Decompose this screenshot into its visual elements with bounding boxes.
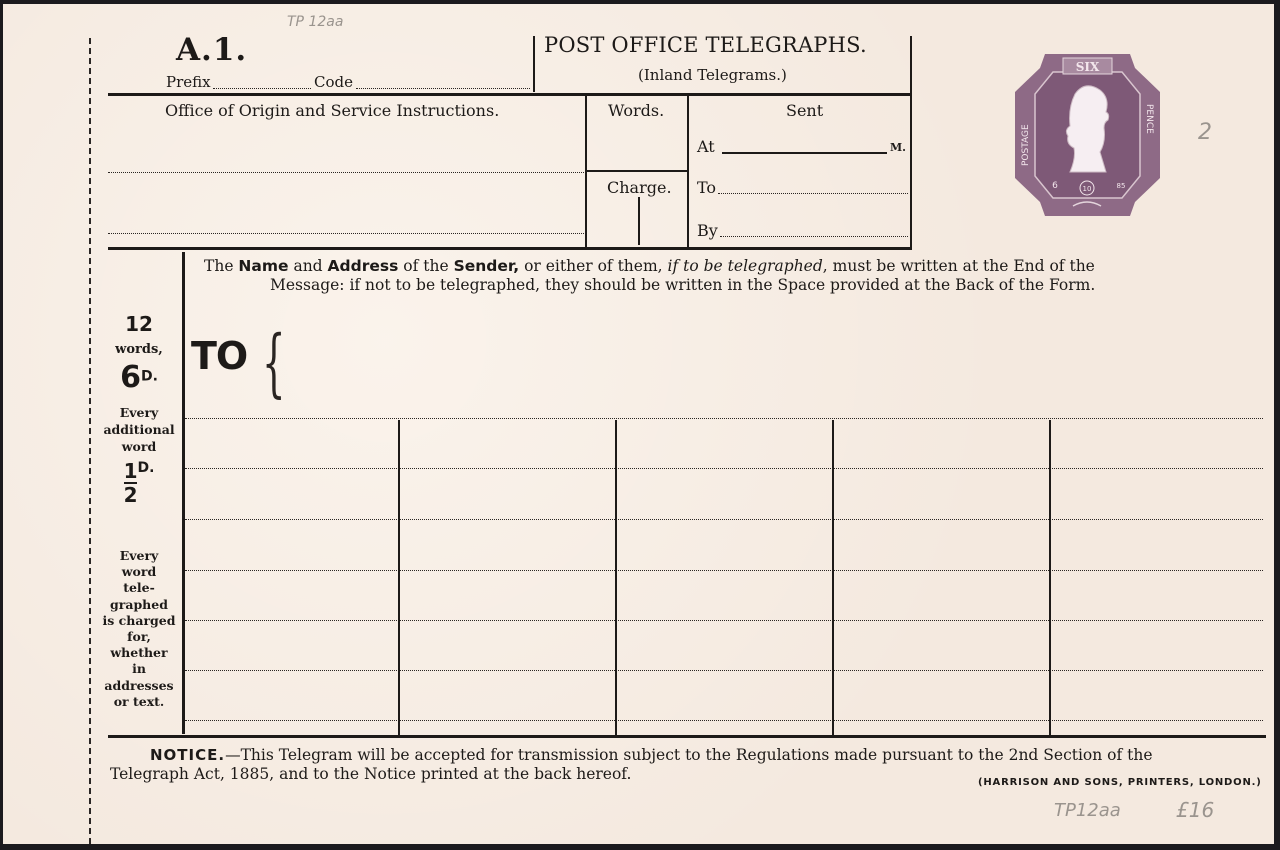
prefix-field[interactable] xyxy=(213,88,311,89)
rate-price-value: 6 xyxy=(120,360,141,395)
words-label: Words. xyxy=(608,101,664,120)
divider xyxy=(687,94,689,248)
recipient-address-field[interactable] xyxy=(286,325,1246,405)
text: or text. xyxy=(98,694,180,710)
divider xyxy=(638,197,640,245)
fraction-numerator: 1 xyxy=(124,460,138,484)
form-code-number: A.1. xyxy=(176,32,247,68)
svg-text:85: 85 xyxy=(1117,182,1126,190)
rate-note: Every word tele- graphed is charged for,… xyxy=(98,548,180,710)
sent-to-field[interactable] xyxy=(718,193,908,194)
text: is charged xyxy=(98,613,180,629)
text: Every xyxy=(98,404,180,421)
rule xyxy=(108,247,912,250)
rule xyxy=(108,93,912,96)
rate-price: 6D. xyxy=(98,360,180,395)
rate-price-unit: D. xyxy=(141,369,158,385)
rate-additional-label: Every additional word xyxy=(98,404,180,455)
svg-text:10: 10 xyxy=(1083,185,1092,193)
sent-by-label: By xyxy=(697,221,718,240)
rate-half-penny: 1 2 D. xyxy=(98,460,180,506)
text: in xyxy=(98,661,180,677)
code-field[interactable] xyxy=(356,88,530,89)
rate-word-count: 12 xyxy=(98,312,180,336)
pencil-annotation-right: 2 xyxy=(1198,120,1212,145)
svg-text:6: 6 xyxy=(1052,181,1058,191)
prefix-label: Prefix xyxy=(166,73,211,91)
text: tele- xyxy=(98,580,180,596)
pencil-catalog-code: TP12aa xyxy=(1054,800,1121,821)
text-name: Name xyxy=(238,257,288,275)
form-title: POST OFFICE TELEGRAPHS. xyxy=(544,33,867,57)
divider xyxy=(182,252,185,734)
divider xyxy=(910,36,912,249)
divider xyxy=(533,36,535,92)
queen-victoria-stamp-icon: SIX POSTAGE PENCE 10 6 85 xyxy=(1015,54,1160,216)
form-subtitle: (Inland Telegrams.) xyxy=(638,66,787,84)
sender-instructions-line-2: Message: if not to be telegraphed, they … xyxy=(270,276,1095,294)
rate-words-label: words, xyxy=(98,342,180,357)
text: graphed xyxy=(98,597,180,613)
text-italic: if to be telegraphed xyxy=(668,257,823,275)
notice-line-1: NOTICE.—This Telegram will be accepted f… xyxy=(150,746,1153,764)
sender-instructions-line-1: The Name and Address of the Sender, or e… xyxy=(204,257,1095,275)
pencil-annotation-top: TP 12aa xyxy=(287,14,343,30)
text: whether xyxy=(98,645,180,661)
text: and xyxy=(289,257,328,275)
text: The xyxy=(204,257,238,275)
embossed-six-pence-stamp: SIX POSTAGE PENCE 10 6 85 xyxy=(1015,54,1160,216)
rule xyxy=(108,735,1266,738)
message-body-grid[interactable] xyxy=(186,420,1262,732)
notice-text: —This Telegram will be accepted for tran… xyxy=(225,746,1152,764)
brace-icon: { xyxy=(262,318,286,408)
printer-imprint: (HARRISON AND SONS, PRINTERS, LONDON.) xyxy=(978,777,1262,788)
charge-label: Charge. xyxy=(607,178,672,197)
text: , must be written at the End of the xyxy=(823,257,1095,275)
office-origin-label: Office of Origin and Service Instruction… xyxy=(165,101,499,120)
sent-to-label: To xyxy=(697,178,716,197)
to-label: TO xyxy=(191,334,247,378)
code-label: Code xyxy=(314,73,353,91)
sent-by-field[interactable] xyxy=(720,236,908,237)
sent-at-field[interactable] xyxy=(722,152,887,154)
text: of the xyxy=(398,257,453,275)
svg-text:PENCE: PENCE xyxy=(1144,104,1154,134)
svg-text:POSTAGE: POSTAGE xyxy=(1021,124,1031,166)
grid-line xyxy=(185,418,1263,419)
text: Every xyxy=(98,548,180,564)
text: additional xyxy=(98,421,180,438)
sent-at-suffix: M. xyxy=(890,141,906,154)
fraction-denominator: 2 xyxy=(124,484,138,506)
text: addresses xyxy=(98,678,180,694)
svg-text:SIX: SIX xyxy=(1076,60,1100,74)
text: for, xyxy=(98,629,180,645)
text: word xyxy=(98,438,180,455)
text-address: Address xyxy=(328,257,399,275)
text: or either of them, xyxy=(519,257,667,275)
office-origin-line-1[interactable] xyxy=(108,172,586,173)
notice-line-2: Telegraph Act, 1885, and to the Notice p… xyxy=(110,765,631,783)
pencil-price: £16 xyxy=(1176,798,1214,822)
text: word xyxy=(98,564,180,580)
sent-heading: Sent xyxy=(786,101,823,120)
text-sender: Sender, xyxy=(454,257,520,275)
perforation-line xyxy=(89,38,91,844)
office-origin-line-2[interactable] xyxy=(108,233,584,234)
rate-half-unit: D. xyxy=(137,460,154,476)
notice-heading: NOTICE. xyxy=(150,746,225,764)
sent-at-label: At xyxy=(697,137,715,156)
rule xyxy=(586,170,688,172)
